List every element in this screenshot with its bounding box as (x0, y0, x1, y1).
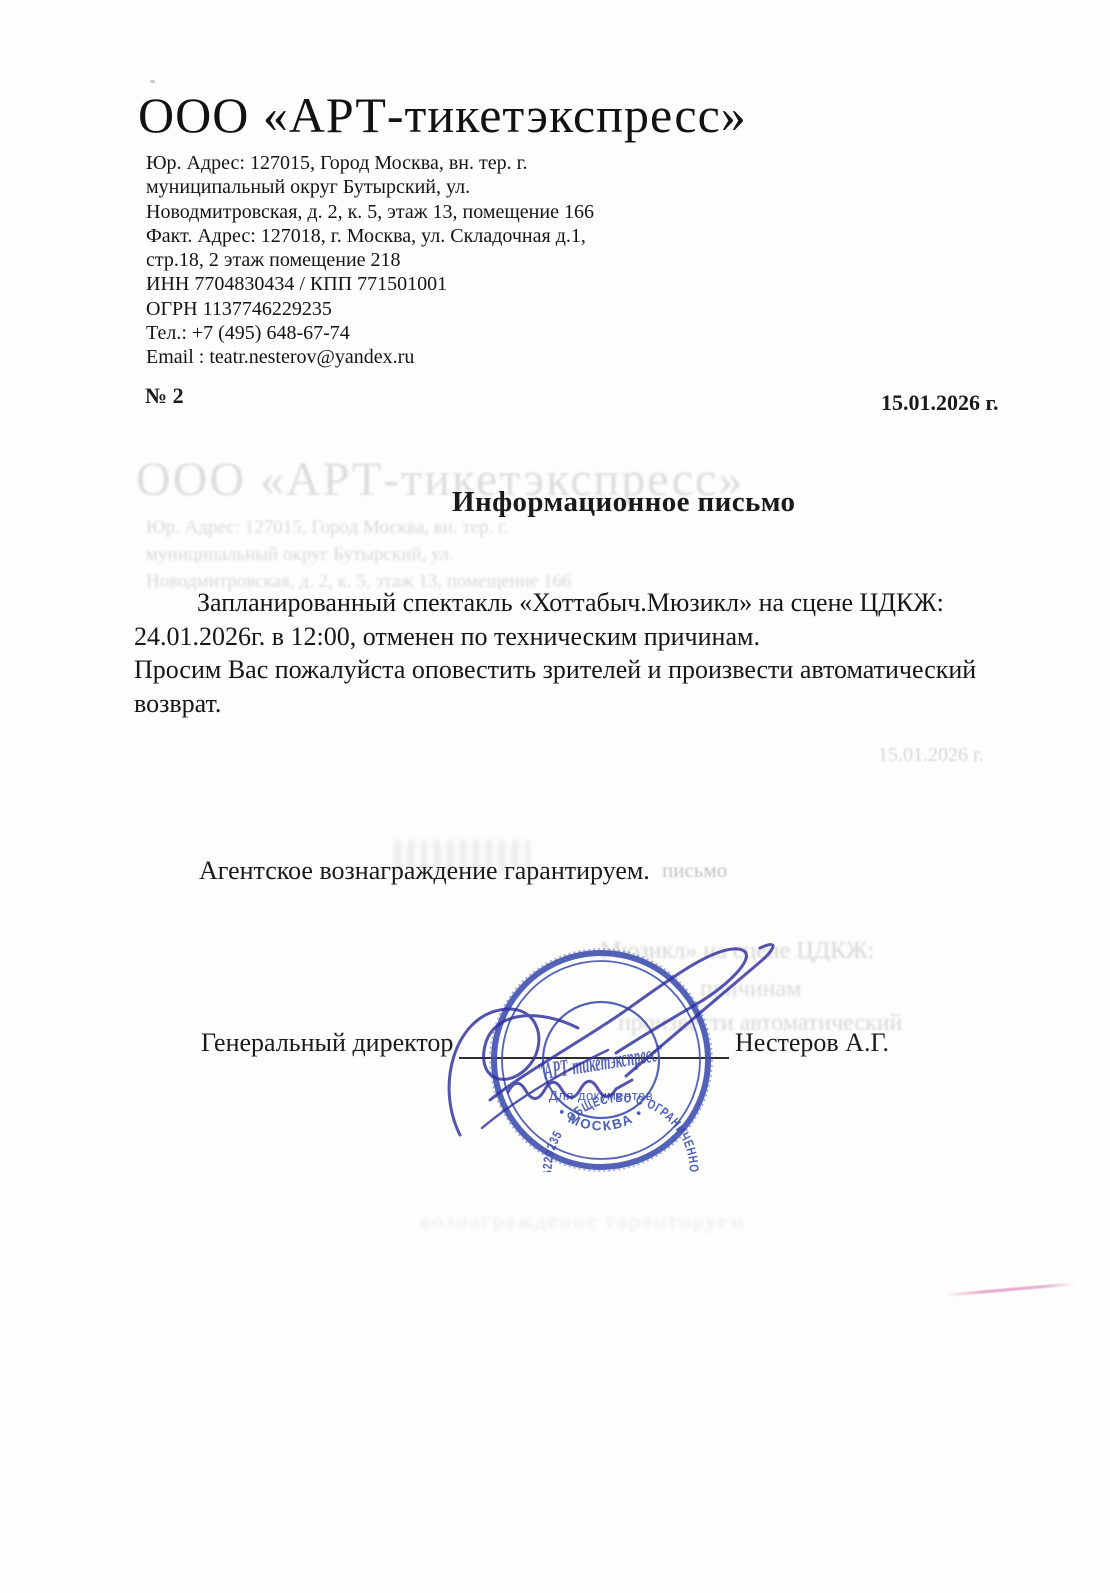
scan-speck (150, 80, 155, 83)
address-line: стр.18, 2 этаж помещение 218 (146, 248, 636, 272)
body-line: Запланированный спектакль «Хоттабыч.Мюзи… (134, 586, 1034, 620)
address-line-inn-kpp: ИНН 7704830434 / КПП 771501001 (146, 272, 636, 296)
address-line: Новодмитровская, д. 2, к. 5, этаж 13, по… (146, 200, 636, 224)
ghost-address-line: муниципальный округ Бутырский, ул. (146, 541, 572, 568)
company-address-block: Юр. Адрес: 127015, Город Москва, вн. тер… (146, 151, 636, 370)
address-line-phone: Тел.: +7 (495) 648-67-74 (146, 321, 636, 345)
ghost-word-pismo: письмо (662, 858, 727, 883)
address-line: Факт. Адрес: 127018, г. Москва, ул. Скла… (146, 224, 636, 248)
signature-stroke (449, 1009, 578, 1135)
body-line: Просим Вас пожалуйста оповестить зрителе… (134, 653, 1034, 687)
address-line: Юр. Адрес: 127015, Город Москва, вн. тер… (146, 151, 636, 175)
scanned-letter-page: ООО «АРТ-тикетэкспресс» Юр. Адрес: 12701… (0, 0, 1110, 1593)
body-line: 24.01.2026г. в 12:00, отменен по техниче… (134, 620, 1034, 654)
letter-title: Информационное письмо (452, 486, 795, 519)
letter-body: Запланированный спектакль «Хоттабыч.Мюзи… (134, 586, 1034, 720)
address-line-email: Email : teatr.nesterov@yandex.ru (146, 345, 636, 369)
ghost-low-fragment: вознаграждение гарантируем (420, 1208, 746, 1234)
signature-stroke (626, 945, 773, 1076)
ghost-address-block: Юр. Адрес: 127015, Город Москва, вн. тер… (146, 514, 572, 595)
pink-stray-mark (944, 1282, 1076, 1296)
document-number: № 2 (145, 383, 184, 409)
company-title: ООО «АРТ-тикетэкспресс» (138, 86, 747, 144)
body-line: возврат. (134, 687, 1034, 721)
document-date: 15.01.2026 г. (881, 390, 999, 416)
signature-stroke (490, 949, 746, 1100)
address-line: муниципальный округ Бутырский, ул. (146, 175, 636, 199)
ghost-date: 15.01.2026 г. (878, 744, 984, 767)
agency-reward-line: Агентское вознаграждение гарантируем. (199, 856, 650, 886)
address-line-ogrn: ОГРН 1137746229235 (146, 297, 636, 321)
signer-role: Генеральный директор (201, 1028, 453, 1058)
director-signature (430, 900, 830, 1180)
